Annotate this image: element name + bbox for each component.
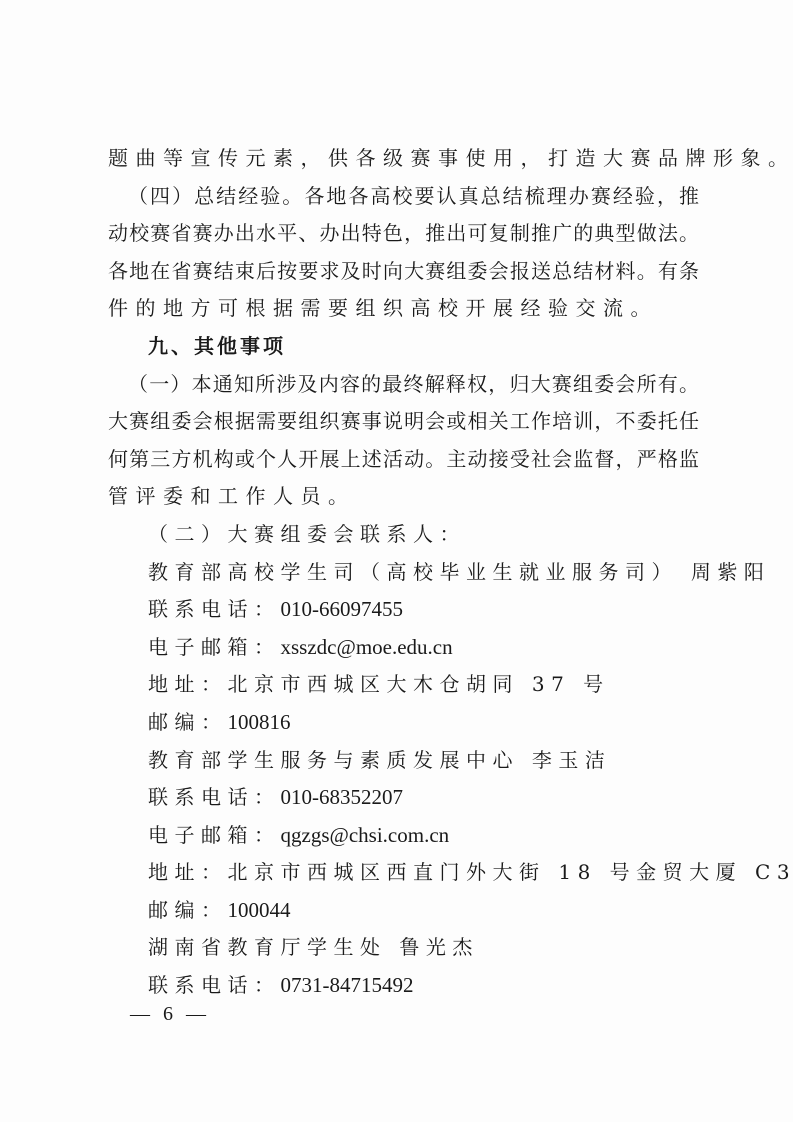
contact-postcode: 邮编：100044 bbox=[108, 892, 699, 930]
phone-value: 0731-84715492 bbox=[281, 973, 414, 997]
address-label: 地址： bbox=[148, 672, 228, 696]
contact-address: 地址：北京市西城区大木仓胡同 37 号 bbox=[108, 666, 699, 704]
address-label: 地址： bbox=[148, 860, 228, 884]
contact-phone: 联系电话：0731-84715492 bbox=[108, 967, 699, 1005]
email-label: 电子邮箱： bbox=[148, 823, 281, 847]
paragraph-line: 题曲等宣传元素，供各级赛事使用，打造大赛品牌形象。 bbox=[108, 140, 699, 178]
contact-email: 电子邮箱：qgzgs@chsi.com.cn bbox=[108, 817, 699, 855]
phone-label: 联系电话： bbox=[148, 973, 281, 997]
email-label: 电子邮箱： bbox=[148, 635, 281, 659]
phone-value: 010-68352207 bbox=[281, 785, 404, 809]
address-value: 北京市西城区大木仓胡同 37 号 bbox=[228, 672, 610, 696]
paragraph-line: 何第三方机构或个人开展上述活动。主动接受社会监督，严格监 bbox=[108, 441, 699, 479]
postcode-value: 100816 bbox=[228, 710, 291, 734]
postcode-label: 邮编： bbox=[148, 710, 228, 734]
paragraph-line: 动校赛省赛办出水平、办出特色，推出可复制推广的典型做法。 bbox=[108, 215, 699, 253]
contact-postcode: 邮编：100816 bbox=[108, 704, 699, 742]
paragraph-line: 大赛组委会根据需要组织赛事说明会或相关工作培训，不委托任 bbox=[108, 403, 699, 441]
paragraph-line: （四）总结经验。各地各高校要认真总结梳理办赛经验，推 bbox=[108, 178, 699, 216]
contact-address: 地址：北京市西城区西直门外大街 18 号金贸大厦 C3 座 bbox=[108, 854, 699, 892]
section-heading: 九、其他事项 bbox=[108, 328, 699, 366]
email-value: xsszdc@moe.edu.cn bbox=[281, 635, 453, 659]
contact-email: 电子邮箱：xsszdc@moe.edu.cn bbox=[108, 629, 699, 667]
contact-phone: 联系电话：010-66097455 bbox=[108, 591, 699, 629]
postcode-label: 邮编： bbox=[148, 898, 228, 922]
paragraph-line: 件的地方可根据需要组织高校开展经验交流。 bbox=[108, 290, 699, 328]
contact-org-person: 教育部学生服务与素质发展中心 李玉洁 bbox=[108, 742, 699, 780]
postcode-value: 100044 bbox=[228, 898, 291, 922]
address-value: 北京市西城区西直门外大街 18 号金贸大厦 C3 座 bbox=[228, 860, 793, 884]
phone-label: 联系电话： bbox=[148, 785, 281, 809]
contact-phone: 联系电话：010-68352207 bbox=[108, 779, 699, 817]
paragraph-line: 各地在省赛结束后按要求及时向大赛组委会报送总结材料。有条 bbox=[108, 253, 699, 291]
paragraph-line: （一）本通知所涉及内容的最终解释权，归大赛组委会所有。 bbox=[108, 366, 699, 404]
contact-org-person: 湖南省教育厅学生处 鲁光杰 bbox=[108, 929, 699, 967]
document-page: 题曲等宣传元素，供各级赛事使用，打造大赛品牌形象。 （四）总结经验。各地各高校要… bbox=[108, 140, 699, 1005]
contacts-heading: （二）大赛组委会联系人： bbox=[108, 516, 699, 554]
phone-label: 联系电话： bbox=[148, 597, 281, 621]
email-value: qgzgs@chsi.com.cn bbox=[281, 823, 450, 847]
paragraph-line: 管评委和工作人员。 bbox=[108, 478, 699, 516]
page-number: — 6 — bbox=[130, 1003, 210, 1026]
phone-value: 010-66097455 bbox=[281, 597, 404, 621]
contact-org-person: 教育部高校学生司（高校毕业生就业服务司） 周紫阳 bbox=[108, 554, 699, 592]
